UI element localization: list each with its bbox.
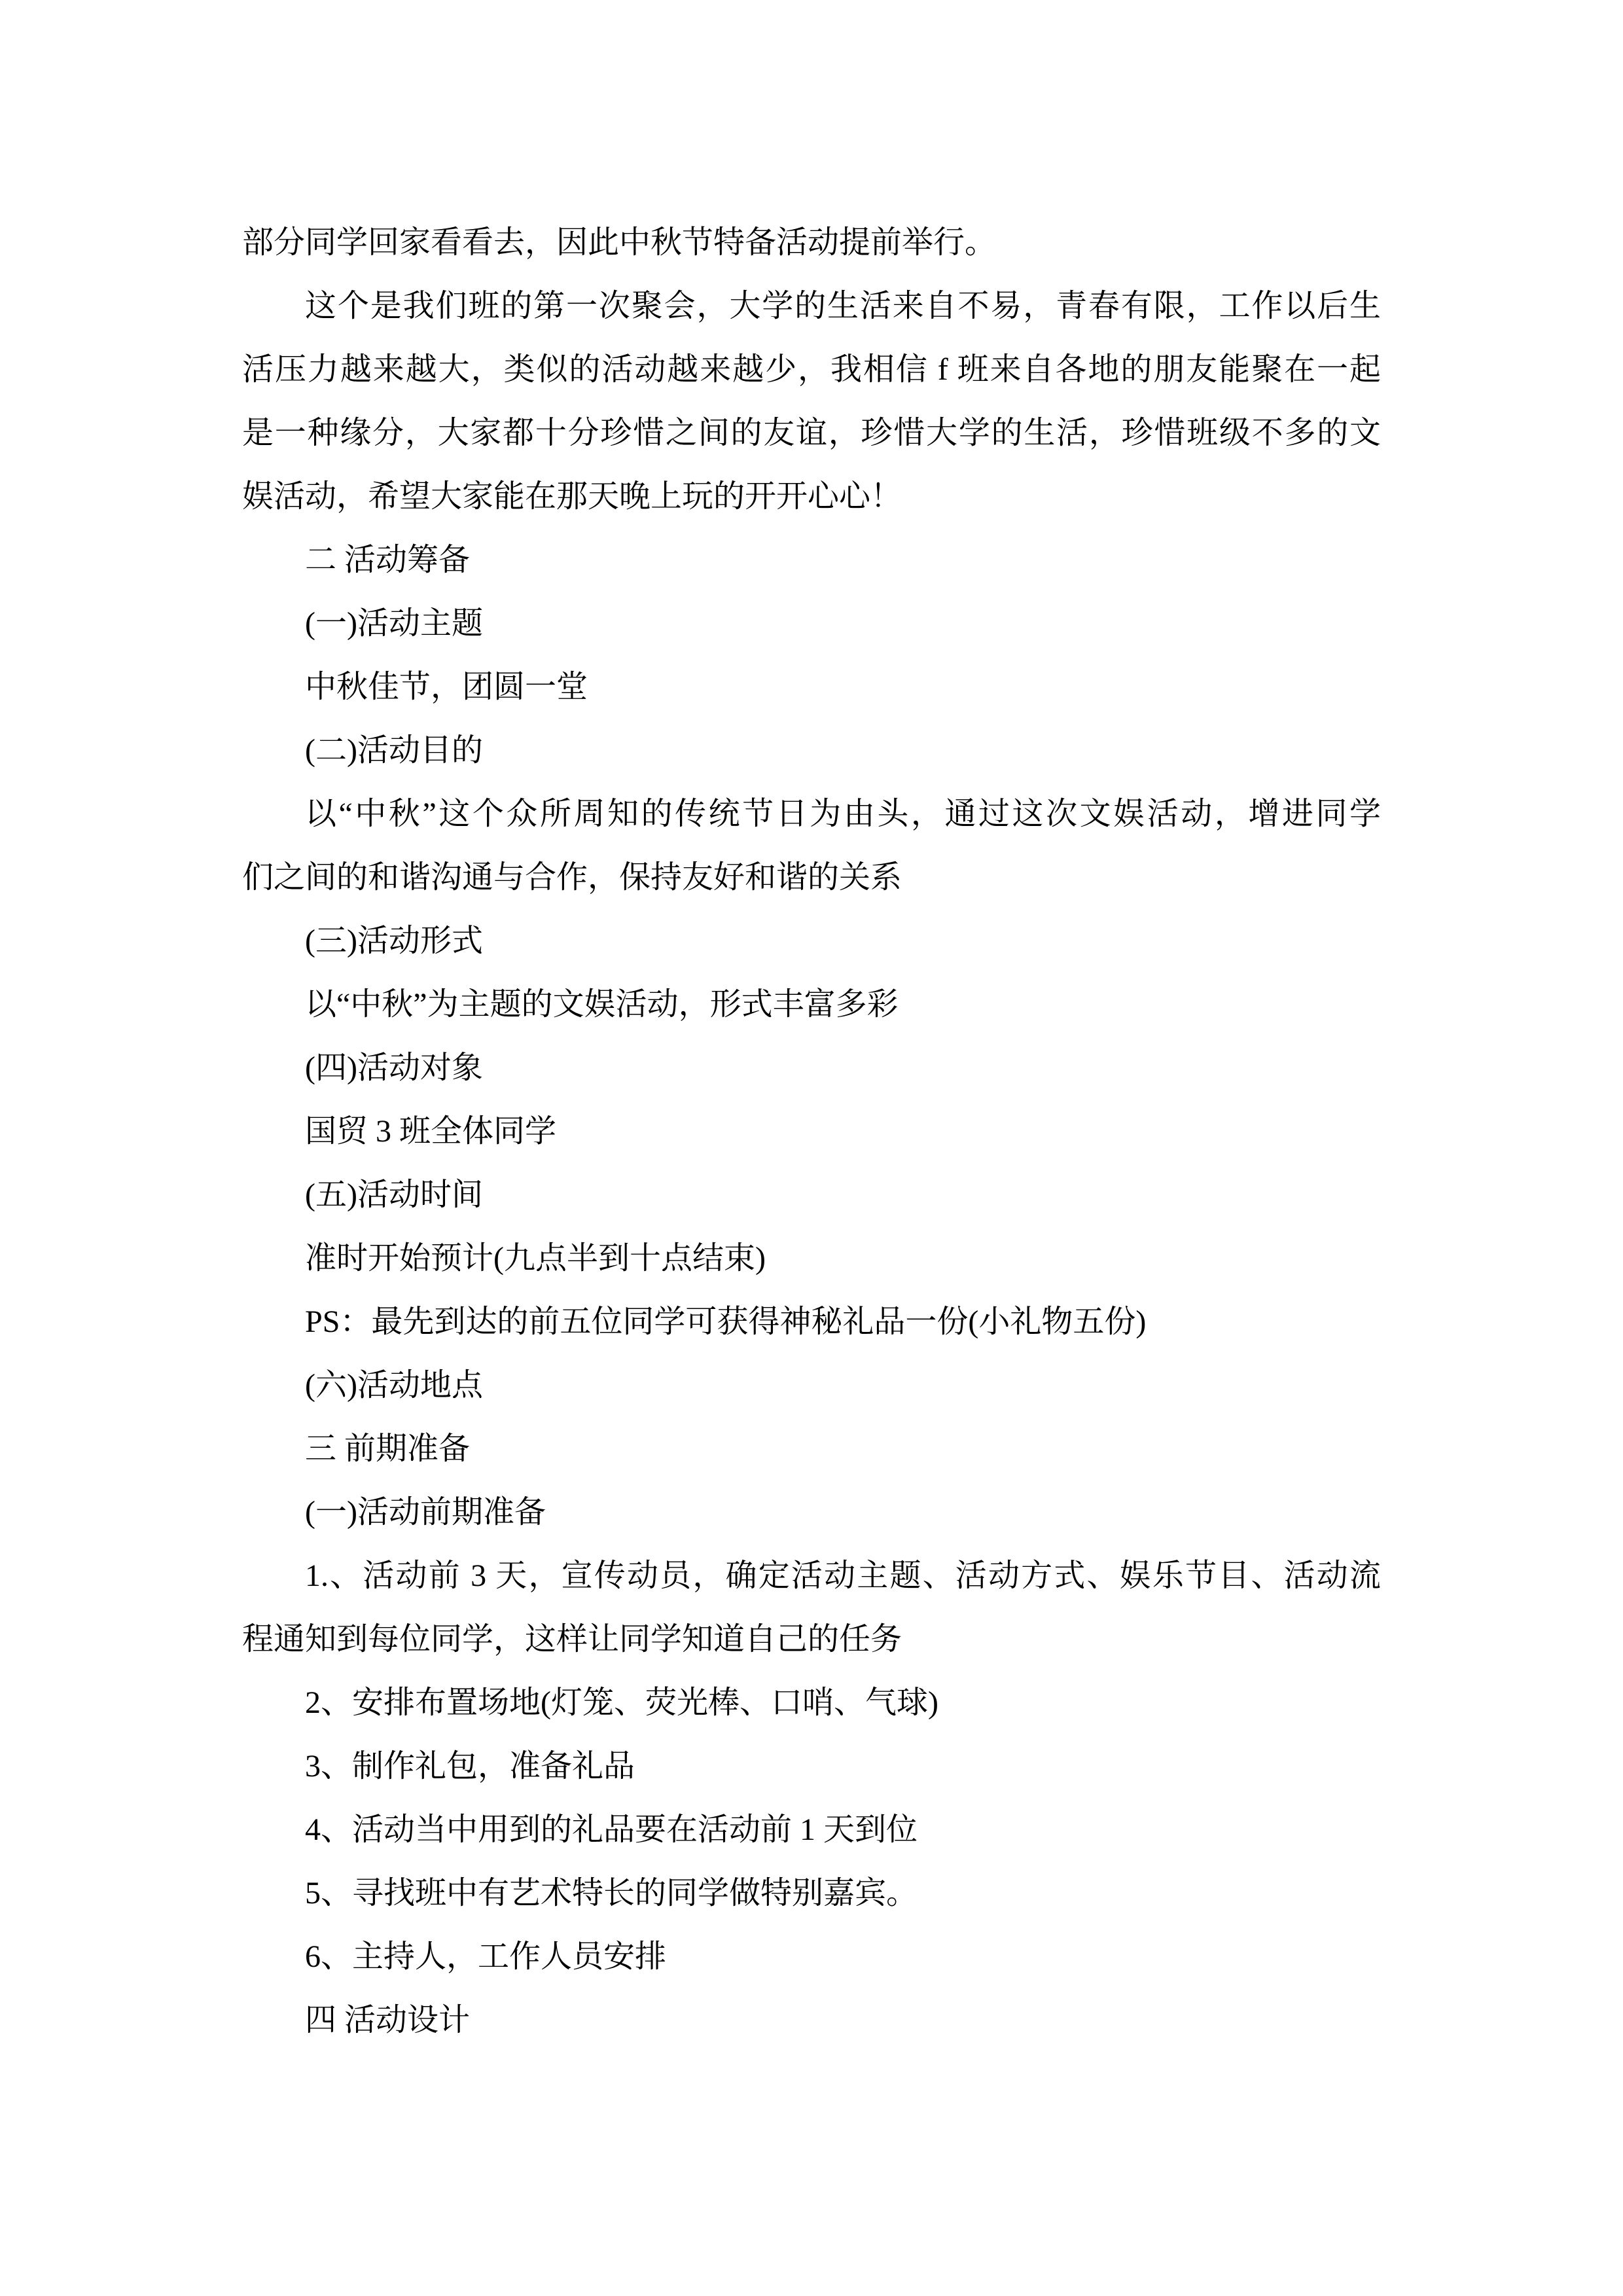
text-line: 这个是我们班的第一次聚会，大学的生活来自不易，青春有限，工作以后生	[242, 274, 1381, 338]
text-line: 1.、活动前 3 天，宣传动员，确定活动主题、活动方式、娱乐节目、活动流	[242, 1544, 1381, 1607]
text-line: 是一种缘分，大家都十分珍惜之间的友谊，珍惜大学的生活，珍惜班级不多的文	[242, 401, 1381, 465]
text-line: 们之间的和谐沟通与合作，保持友好和谐的关系	[242, 846, 1381, 909]
text-line: PS：最先到达的前五位同学可获得神秘礼品一份(小礼物五份)	[242, 1290, 1381, 1354]
text-line: 以“中秋”这个众所周知的传统节日为由头，通过这次文娱活动，增进同学	[242, 782, 1381, 846]
text-line: 四 活动设计	[242, 1988, 1381, 2052]
text-line: (二)活动目的	[242, 719, 1381, 782]
text-line: 4、活动当中用到的礼品要在活动前 1 天到位	[242, 1798, 1381, 1861]
text-line: 以“中秋”为主题的文娱活动，形式丰富多彩	[242, 973, 1381, 1036]
text-line: 二 活动筹备	[242, 528, 1381, 592]
text-line: 2、安排布置场地(灯笼、荧光棒、口哨、气球)	[242, 1671, 1381, 1734]
text-line: 3、制作礼包，准备礼品	[242, 1734, 1381, 1798]
text-line: 5、寻找班中有艺术特长的同学做特别嘉宾。	[242, 1861, 1381, 1925]
text-line: 国贸 3 班全体同学	[242, 1100, 1381, 1163]
text-line: 准时开始预计(九点半到十点结束)	[242, 1227, 1381, 1290]
text-line: 6、主持人，工作人员安排	[242, 1925, 1381, 1988]
text-line: 程通知到每位同学，这样让同学知道自己的任务	[242, 1607, 1381, 1671]
text-line: (三)活动形式	[242, 909, 1381, 973]
text-line: (一)活动前期准备	[242, 1480, 1381, 1544]
text-line: 娱活动，希望大家能在那天晚上玩的开开心心！	[242, 465, 1381, 528]
text-line: (五)活动时间	[242, 1163, 1381, 1227]
document-page: 部分同学回家看看去，因此中秋节特备活动提前举行。这个是我们班的第一次聚会，大学的…	[0, 0, 1623, 2296]
text-line: 三 前期准备	[242, 1417, 1381, 1480]
text-line: 中秋佳节，团圆一堂	[242, 655, 1381, 719]
text-line: 活压力越来越大，类似的活动越来越少，我相信 f 班来自各地的朋友能聚在一起	[242, 338, 1381, 401]
document-body: 部分同学回家看看去，因此中秋节特备活动提前举行。这个是我们班的第一次聚会，大学的…	[242, 211, 1381, 2052]
text-line: (四)活动对象	[242, 1036, 1381, 1100]
text-line: 部分同学回家看看去，因此中秋节特备活动提前举行。	[242, 211, 1381, 274]
text-line: (一)活动主题	[242, 592, 1381, 655]
text-line: (六)活动地点	[242, 1354, 1381, 1417]
